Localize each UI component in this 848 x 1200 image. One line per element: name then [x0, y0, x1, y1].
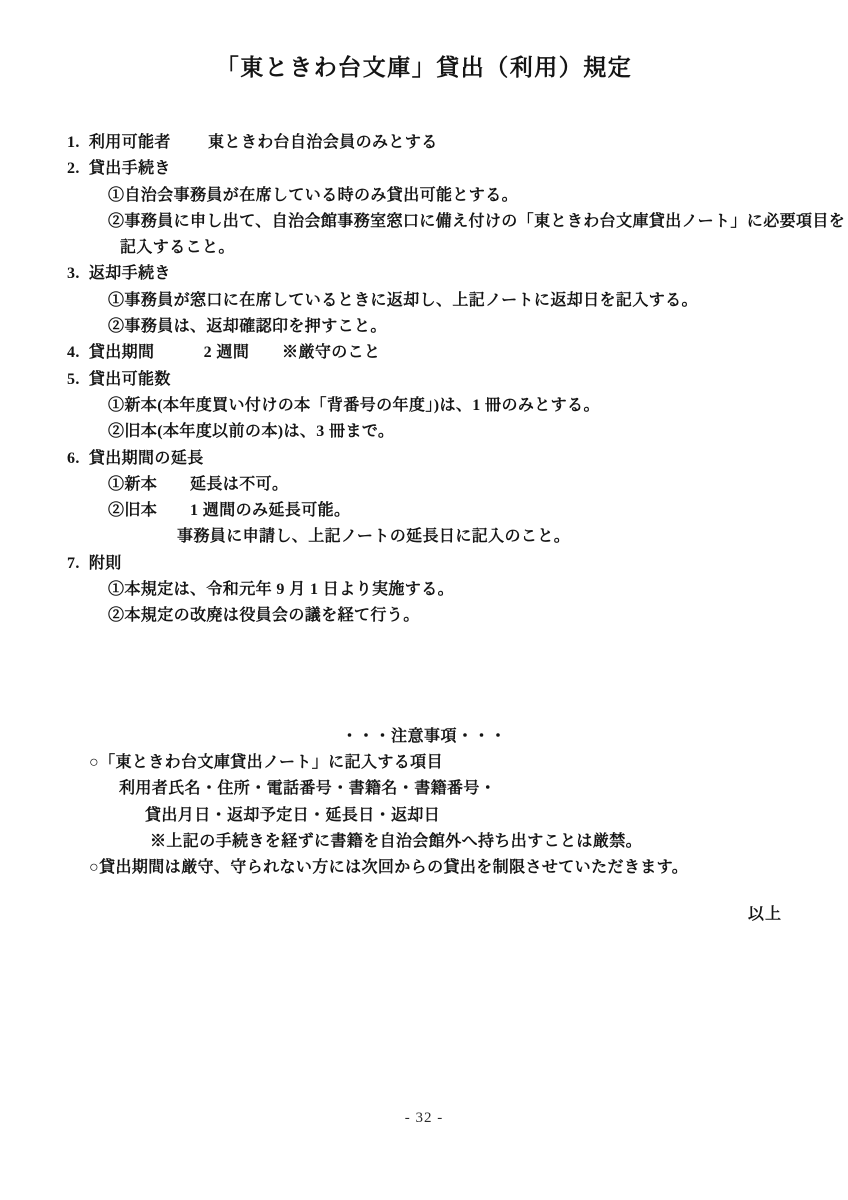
rule-detail-line: 事務員に申請し、上記ノートの延長日に記入のこと。: [0, 524, 848, 550]
rule-number: 4.: [67, 340, 80, 366]
rule-number: 7.: [67, 551, 80, 577]
rule-text: 貸出可能数: [89, 371, 171, 388]
rule-item-3: 3.返却手続き: [0, 261, 848, 287]
note-line: ○「東ときわ台文庫貸出ノート」に記入する項目: [0, 750, 848, 776]
rule-detail-line: ②事務員は、返却確認印を押すこと。: [0, 314, 848, 340]
notes-lines: ○「東ときわ台文庫貸出ノート」に記入する項目利用者氏名・住所・電話番号・書籍名・…: [0, 750, 848, 881]
rule-number: 6.: [67, 446, 80, 472]
closing-text: 以上: [0, 902, 848, 928]
rules-list: 1.利用可能者 東ときわ台自治会員のみとする2.貸出手続き①自治会事務員が在席し…: [0, 130, 848, 630]
rule-text: 返却手続き: [89, 265, 171, 282]
page-number: - 32 -: [0, 1110, 848, 1127]
rule-item-2: 2.貸出手続き: [0, 156, 848, 182]
document-title: 「東ときわ台文庫」貸出（利用）規定: [0, 0, 848, 82]
rule-detail-line: ②旧本 1 週間のみ延長可能。: [0, 498, 848, 524]
rule-item-5: 5.貸出可能数: [0, 367, 848, 393]
rule-item-6: 6.貸出期間の延長: [0, 446, 848, 472]
note-line: 貸出月日・返却予定日・延長日・返却日: [0, 803, 848, 829]
rule-text: 貸出期間 2 週間 ※厳守のこと: [89, 344, 381, 361]
note-line: ※上記の手続きを経ずに書籍を自治会館外へ持ち出すことは厳禁。: [0, 829, 848, 855]
rule-number: 5.: [67, 367, 80, 393]
rule-number: 2.: [67, 156, 80, 182]
rule-item-7: 7.附則: [0, 551, 848, 577]
rule-text: 貸出手続き: [89, 160, 171, 177]
note-line: ○貸出期間は厳守、守られない方には次回からの貸出を制限させていただきます。: [0, 855, 848, 881]
rule-detail-line: ②事務員に申し出て、自治会館事務室窓口に備え付けの「東ときわ台文庫貸出ノート」に…: [0, 209, 848, 235]
rule-detail-line: ②旧本(本年度以前の本)は、3 冊まで。: [0, 419, 848, 445]
rule-number: 3.: [67, 261, 80, 287]
rule-detail-line: ①事務員が窓口に在席しているときに返却し、上記ノートに返却日を記入する。: [0, 288, 848, 314]
rule-text: 貸出期間の延長: [89, 450, 204, 467]
note-line: 利用者氏名・住所・電話番号・書籍名・書籍番号・: [0, 776, 848, 802]
notes-heading: ・・・注意事項・・・: [0, 724, 848, 750]
notes-section: ・・・注意事項・・・ ○「東ときわ台文庫貸出ノート」に記入する項目利用者氏名・住…: [0, 724, 848, 882]
rule-item-4: 4.貸出期間 2 週間 ※厳守のこと: [0, 340, 848, 366]
rule-text: 附則: [89, 555, 122, 572]
rule-detail-line: ①新本(本年度買い付けの本「背番号の年度」)は、1 冊のみとする。: [0, 393, 848, 419]
rule-number: 1.: [67, 130, 80, 156]
rule-detail-line: ②本規定の改廃は役員会の議を経て行う。: [0, 603, 848, 629]
rule-text: 利用可能者 東ときわ台自治会員のみとする: [89, 134, 438, 151]
rule-detail-line: ①新本 延長は不可。: [0, 472, 848, 498]
rule-detail-line: ①自治会事務員が在席している時のみ貸出可能とする。: [0, 183, 848, 209]
rule-detail-line: 記入すること。: [0, 235, 848, 261]
rule-detail-line: ①本規定は、令和元年 9 月 1 日より実施する。: [0, 577, 848, 603]
document-page: 「東ときわ台文庫」貸出（利用）規定 1.利用可能者 東ときわ台自治会員のみとする…: [0, 0, 848, 1200]
rule-item-1: 1.利用可能者 東ときわ台自治会員のみとする: [0, 130, 848, 156]
